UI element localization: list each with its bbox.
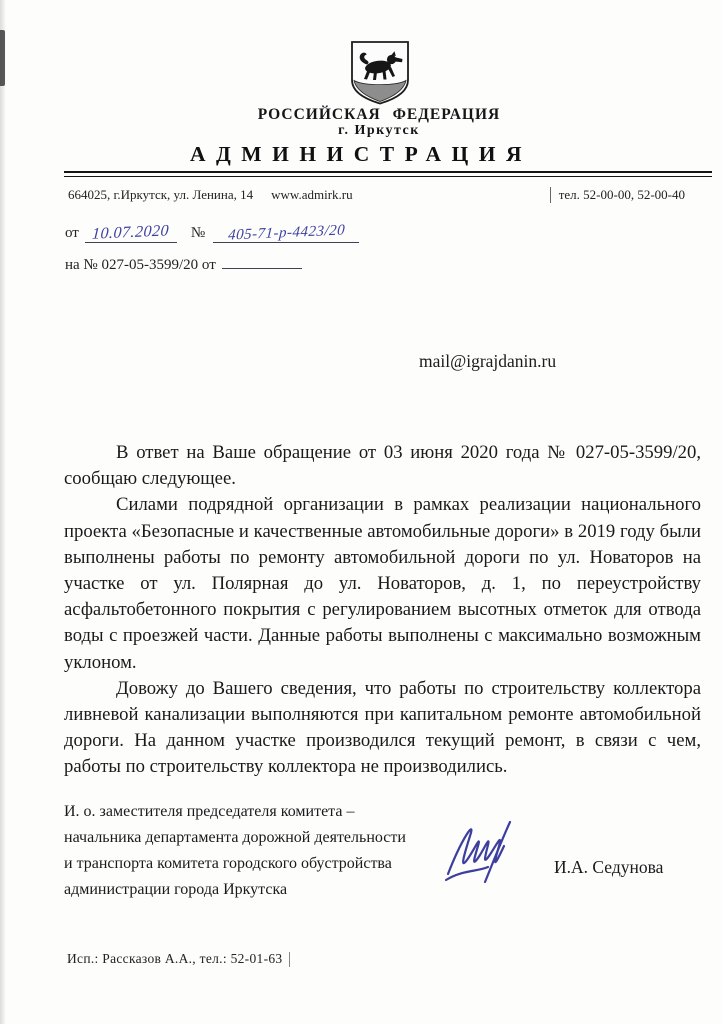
number-blank-line: 405-71-р-4423/20: [213, 225, 359, 243]
signer-name: И.А. Седунова: [554, 857, 663, 878]
date-blank-line: 10.07.2020: [85, 224, 177, 243]
number-label: №: [191, 225, 205, 241]
outgoing-requisites-row: от10.07.2020№405-71-р-4423/20: [65, 224, 359, 243]
executor-line: Исп.: Рассказов А.А., тел.: 52-01-63: [67, 951, 290, 967]
signer-position-block: И. о. заместителя председателя комитета …: [64, 799, 494, 903]
handwritten-date: 10.07.2020: [92, 222, 170, 243]
country-title: РОССИЙСКАЯ ФЕДЕРАЦИЯ: [36, 106, 722, 124]
header-double-rule: [64, 171, 712, 177]
signer-position-line: администрации города Иркутска: [64, 877, 494, 903]
address-text: 664025, г.Иркутск, ул. Ленина, 14: [68, 187, 253, 202]
website-text: www.admirk.ru: [271, 187, 352, 202]
handwritten-number: 405-71-р-4423/20: [227, 222, 345, 244]
incoming-reference-row: на № 027-05-3599/20 от: [65, 254, 302, 274]
reply-reference-label: на № 027-05-3599/20 от: [65, 257, 216, 273]
signer-position-line: И. о. заместителя председателя комитета …: [64, 799, 494, 825]
handwritten-signature-icon: [438, 810, 563, 899]
recipient-email: mail@igrajdanin.ru: [419, 351, 556, 372]
body-paragraph: Силами подрядной организации в рамках ре…: [64, 492, 701, 675]
executor-text: Исп.: Рассказов А.А., тел.: 52-01-63: [67, 951, 282, 966]
scan-edge-artifact: [0, 30, 5, 86]
irkutsk-coat-of-arms-icon: [347, 39, 413, 112]
body-paragraph: Довожу до Вашего сведения, что работы по…: [64, 676, 701, 781]
phone-numbers: тел. 52-00-00, 52-00-40: [550, 187, 685, 203]
signer-position-line: и транспорта комитета городского обустро…: [64, 851, 494, 877]
organization-title: АДМИНИСТРАЦИЯ: [6, 142, 716, 167]
letter-body: В ответ на Ваше обращение от 03 июня 202…: [64, 440, 701, 781]
scanned-letter-page: РОССИЙСКАЯ ФЕДЕРАЦИЯ г. Иркутск АДМИНИСТ…: [0, 0, 723, 1024]
reply-blank-line: [222, 254, 302, 269]
postal-address: 664025, г.Иркутск, ул. Ленина, 14www.adm…: [68, 187, 353, 203]
scan-tick-mark: [289, 952, 290, 967]
signer-position-line: начальника департамента дорожной деятель…: [64, 825, 494, 851]
contact-row: 664025, г.Иркутск, ул. Ленина, 14www.adm…: [68, 187, 685, 203]
date-label: от: [65, 225, 79, 241]
city-title: г. Иркутск: [36, 123, 722, 139]
body-paragraph: В ответ на Ваше обращение от 03 июня 202…: [64, 440, 701, 492]
